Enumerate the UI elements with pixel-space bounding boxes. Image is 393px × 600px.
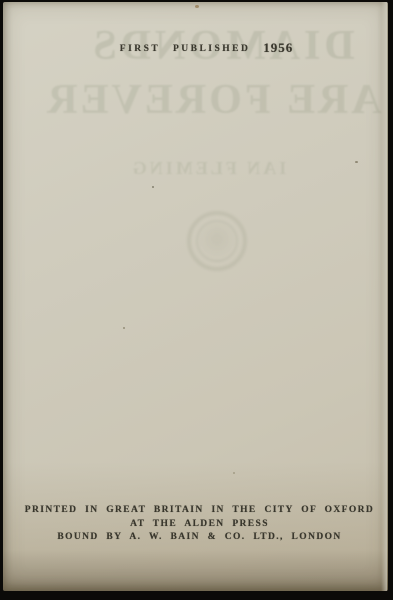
colophon-line-bound-by: BOUND BY A. W. BAIN & CO. LTD., LONDON	[7, 531, 388, 545]
paper-speck	[123, 327, 125, 329]
colophon-line-printed-in: PRINTED IN GREAT BRITAIN IN THE CITY OF …	[7, 504, 388, 518]
colophon: PRINTED IN GREAT BRITAIN IN THE CITY OF …	[7, 504, 388, 545]
first-published-notice: FIRST PUBLISHED 1956	[14, 40, 388, 56]
book-page-photo: DIAMONDS ARE FOREVER IAN FLEMING FIRST P…	[0, 0, 393, 600]
verso-page: DIAMONDS ARE FOREVER IAN FLEMING FIRST P…	[3, 2, 388, 591]
paper-speck	[152, 186, 154, 188]
showthrough-author: IAN FLEMING	[48, 158, 368, 179]
publisher-emblem-ghost	[187, 211, 247, 271]
paper-speck	[233, 472, 235, 474]
first-published-label: FIRST PUBLISHED	[120, 44, 251, 54]
colophon-line-press: AT THE ALDEN PRESS	[7, 518, 388, 532]
first-published-year: 1956	[263, 40, 293, 55]
paper-speck	[195, 5, 199, 8]
publisher-emblem-inner-ring	[196, 220, 238, 262]
showthrough-title-line2: ARE FOREVER	[43, 76, 383, 124]
